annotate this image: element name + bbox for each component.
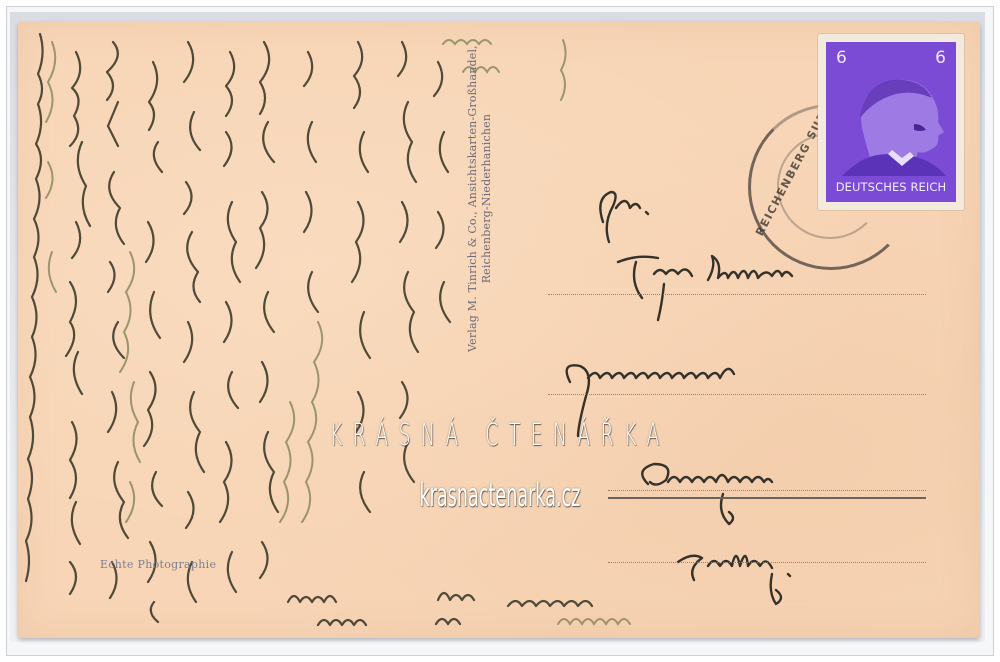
- address-line-4: [608, 562, 926, 563]
- address-line-2: [548, 394, 926, 395]
- stamp-value-left: 6: [836, 48, 847, 68]
- address-line-1: [548, 294, 926, 295]
- watermark-url: krasnactenarka.cz: [396, 476, 605, 514]
- portrait-icon: [842, 68, 946, 176]
- watermark-title: KRÁSNÁ ČTENÁŘKA: [227, 418, 773, 453]
- stamp-value-right: 6: [935, 48, 946, 68]
- publisher-line-1: Verlag M. Tinrich & Co., Ansichtskarten-…: [466, 45, 480, 352]
- stamp-face: 6 6 DEUTSCHES REICH: [826, 42, 956, 202]
- publisher-imprint: Verlag M. Tinrich & Co., Ansichtskarten-…: [466, 45, 494, 352]
- postcard: Verlag M. Tinrich & Co., Ansichtskarten-…: [18, 22, 980, 638]
- publisher-line-2: Reichenberg-Niederhanichen: [480, 45, 494, 352]
- echte-photographie-imprint: Echte Photographie: [100, 558, 216, 571]
- address-line-3-solid: [608, 497, 926, 499]
- postage-stamp: 6 6 DEUTSCHES REICH: [818, 34, 964, 210]
- address-line-3: [608, 490, 926, 491]
- stamp-label: DEUTSCHES REICH: [826, 180, 956, 194]
